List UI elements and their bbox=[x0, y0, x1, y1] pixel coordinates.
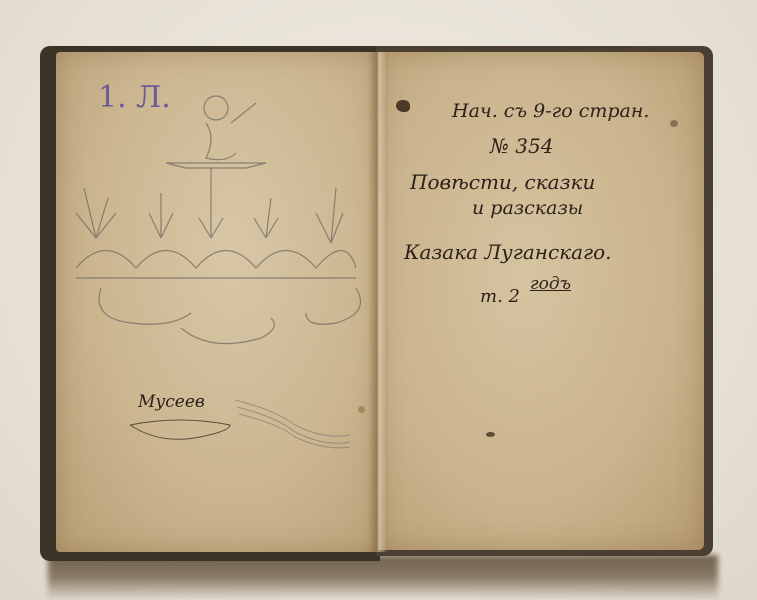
shelf-mark: 1. Л. bbox=[98, 80, 171, 115]
text-line-6: годъ bbox=[530, 274, 571, 294]
pencil-sketch bbox=[56, 78, 366, 378]
text-line-3: Повѣсти, сказки bbox=[410, 170, 595, 194]
page-hole bbox=[396, 100, 410, 112]
signature: Мусеев bbox=[138, 392, 205, 412]
text-line-1: Нач. съ 9-го стран. bbox=[452, 100, 649, 122]
text-line-5: Казака Луганскаго. bbox=[404, 240, 612, 264]
text-line-4: и разсказы bbox=[472, 197, 583, 219]
ink-stain bbox=[486, 432, 495, 437]
text-line-2: № 354 bbox=[490, 134, 553, 158]
book-gutter bbox=[368, 52, 388, 552]
text-line-7: т. 2 bbox=[480, 286, 520, 307]
right-page bbox=[378, 52, 704, 550]
ink-stain bbox=[670, 120, 678, 127]
